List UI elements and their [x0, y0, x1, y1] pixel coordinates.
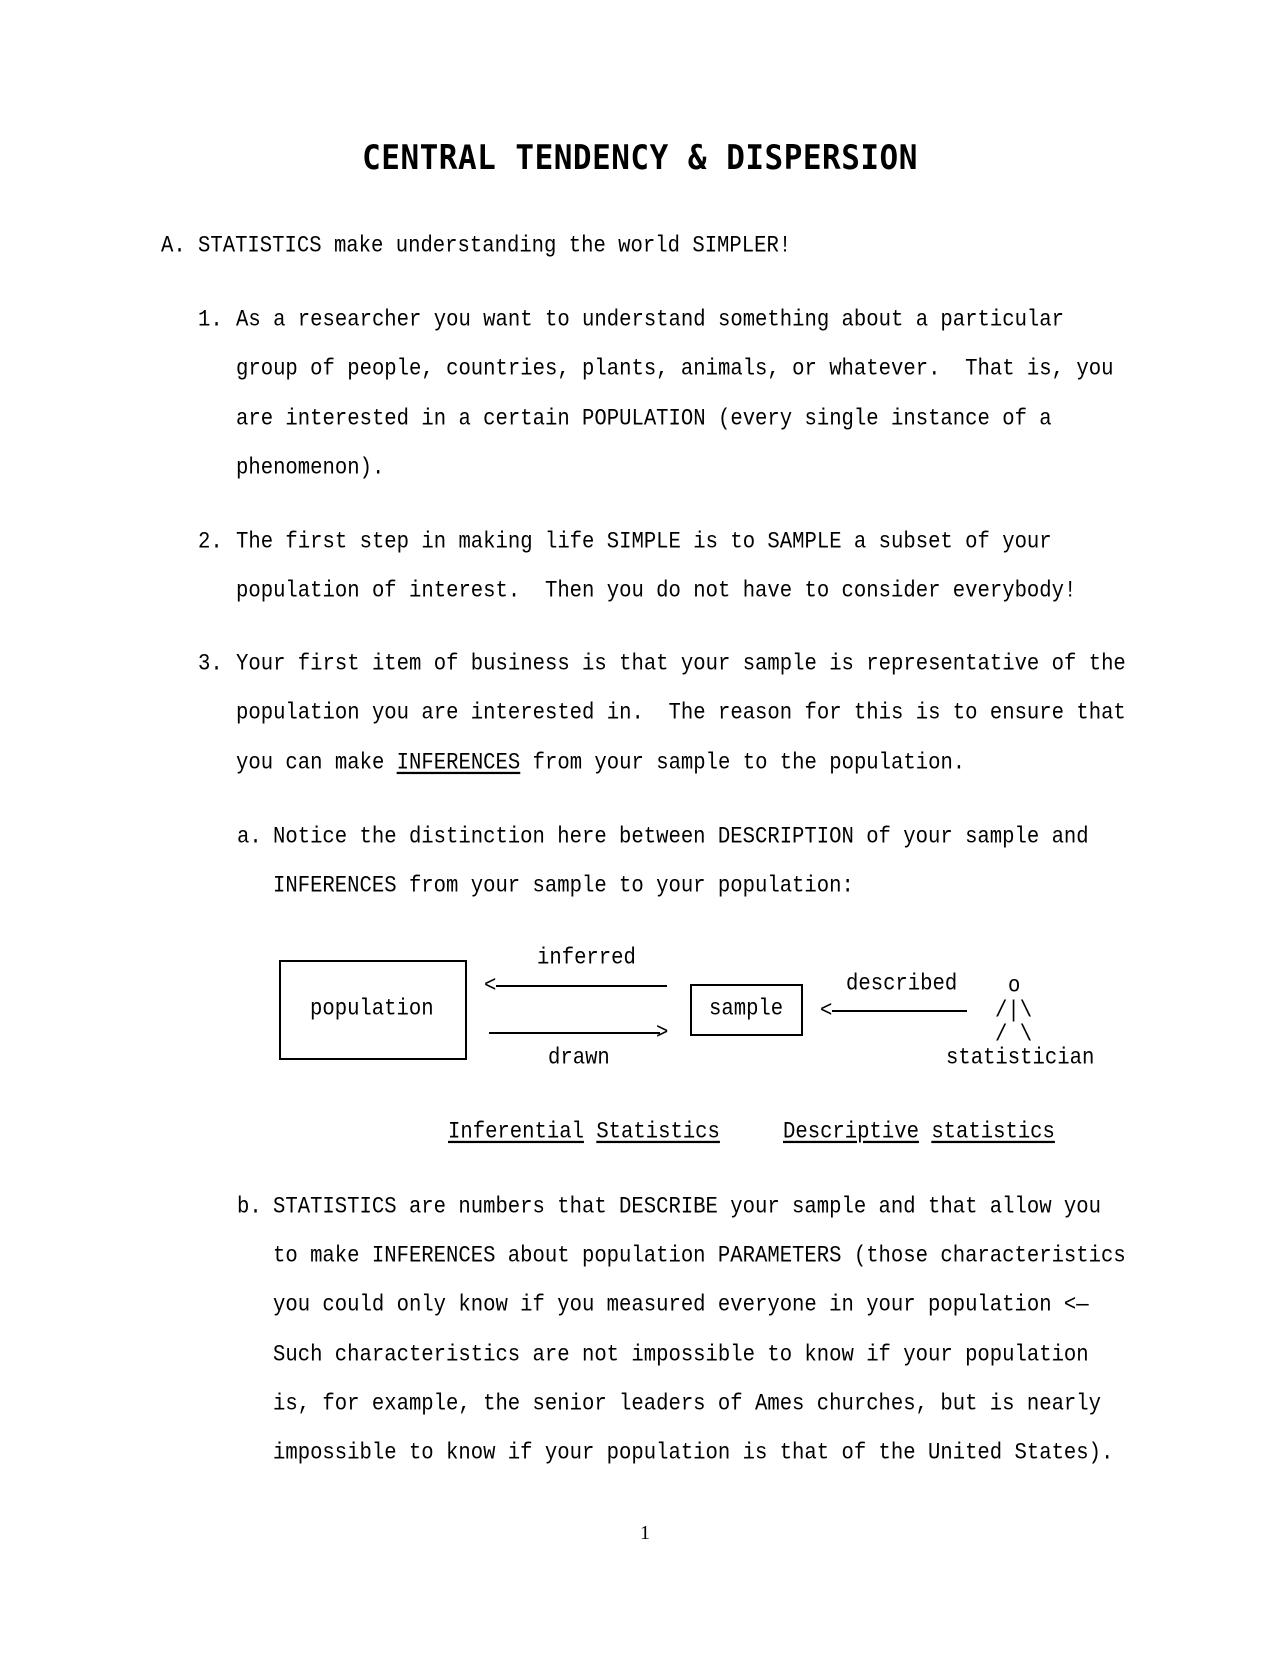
inferred-arrow-line [496, 985, 667, 987]
item-3-text-post: from your sample to the population. [520, 751, 965, 777]
population-label: population [310, 997, 434, 1024]
inferred-label: inferred [537, 946, 636, 973]
sample-label: sample [709, 997, 783, 1024]
sub-b-line: is, for example, the senior leaders of A… [273, 1392, 1101, 1419]
arrow-right-icon: > [656, 1021, 668, 1048]
inferences-underlined: INFERENCES [397, 751, 521, 777]
sub-b-line: impossible to know if your population is… [273, 1441, 1113, 1468]
sub-a-line: Notice the distinction here between DESC… [273, 825, 1089, 852]
item-1-line: phenomenon). [236, 456, 384, 483]
described-label: described [846, 972, 957, 999]
page-number: 1 [640, 1522, 650, 1545]
item-1-line: are interested in a certain POPULATION (… [236, 407, 1052, 434]
sub-b-marker: b. [237, 1195, 262, 1222]
sub-b-line: you could only know if you measured ever… [273, 1293, 1089, 1320]
item-3-line: population you are interested in. The re… [236, 701, 1126, 728]
statistician-head-icon: o [1008, 974, 1020, 1001]
item-1-marker: 1. [198, 308, 223, 335]
sub-b-line: Such characteristics are not impossible … [273, 1343, 1089, 1370]
item-1-line: As a researcher you want to understand s… [236, 308, 1064, 335]
inferential-statistics-label: Inferential Statistics [448, 1120, 720, 1147]
page-title: CENTRAL TENDENCY & DISPERSION [0, 138, 1280, 178]
item-3-text-pre: you can make [236, 751, 397, 777]
sub-b-line: to make INFERENCES about population PARA… [273, 1244, 1126, 1271]
item-2-marker: 2. [198, 530, 223, 557]
descriptive-statistics-label: Descriptive statistics [783, 1120, 1055, 1147]
item-1-line: group of people, countries, plants, anim… [236, 357, 1113, 384]
drawn-label: drawn [548, 1046, 610, 1073]
item-3-marker: 3. [198, 652, 223, 679]
item-2-line: The first step in making life SIMPLE is … [236, 530, 1052, 557]
sub-b-line: STATISTICS are numbers that DESCRIBE you… [273, 1195, 1101, 1222]
statistician-body-icon: /|\ [995, 999, 1032, 1026]
section-a-heading: STATISTICS make understanding the world … [198, 234, 791, 261]
sub-a-marker: a. [237, 825, 262, 852]
item-3-line: Your first item of business is that your… [236, 652, 1126, 679]
arrow-left-icon: < [820, 999, 832, 1026]
statistician-label: statistician [946, 1046, 1094, 1073]
item-2-line: population of interest. Then you do not … [236, 579, 1076, 606]
item-3-line: you can make INFERENCES from your sample… [236, 751, 965, 778]
arrow-left-icon: < [484, 974, 496, 1001]
sub-a-line: INFERENCES from your sample to your popu… [273, 874, 854, 901]
described-arrow-line [832, 1010, 967, 1012]
drawn-arrow-line [489, 1032, 660, 1034]
section-a-marker: A. [161, 234, 186, 261]
